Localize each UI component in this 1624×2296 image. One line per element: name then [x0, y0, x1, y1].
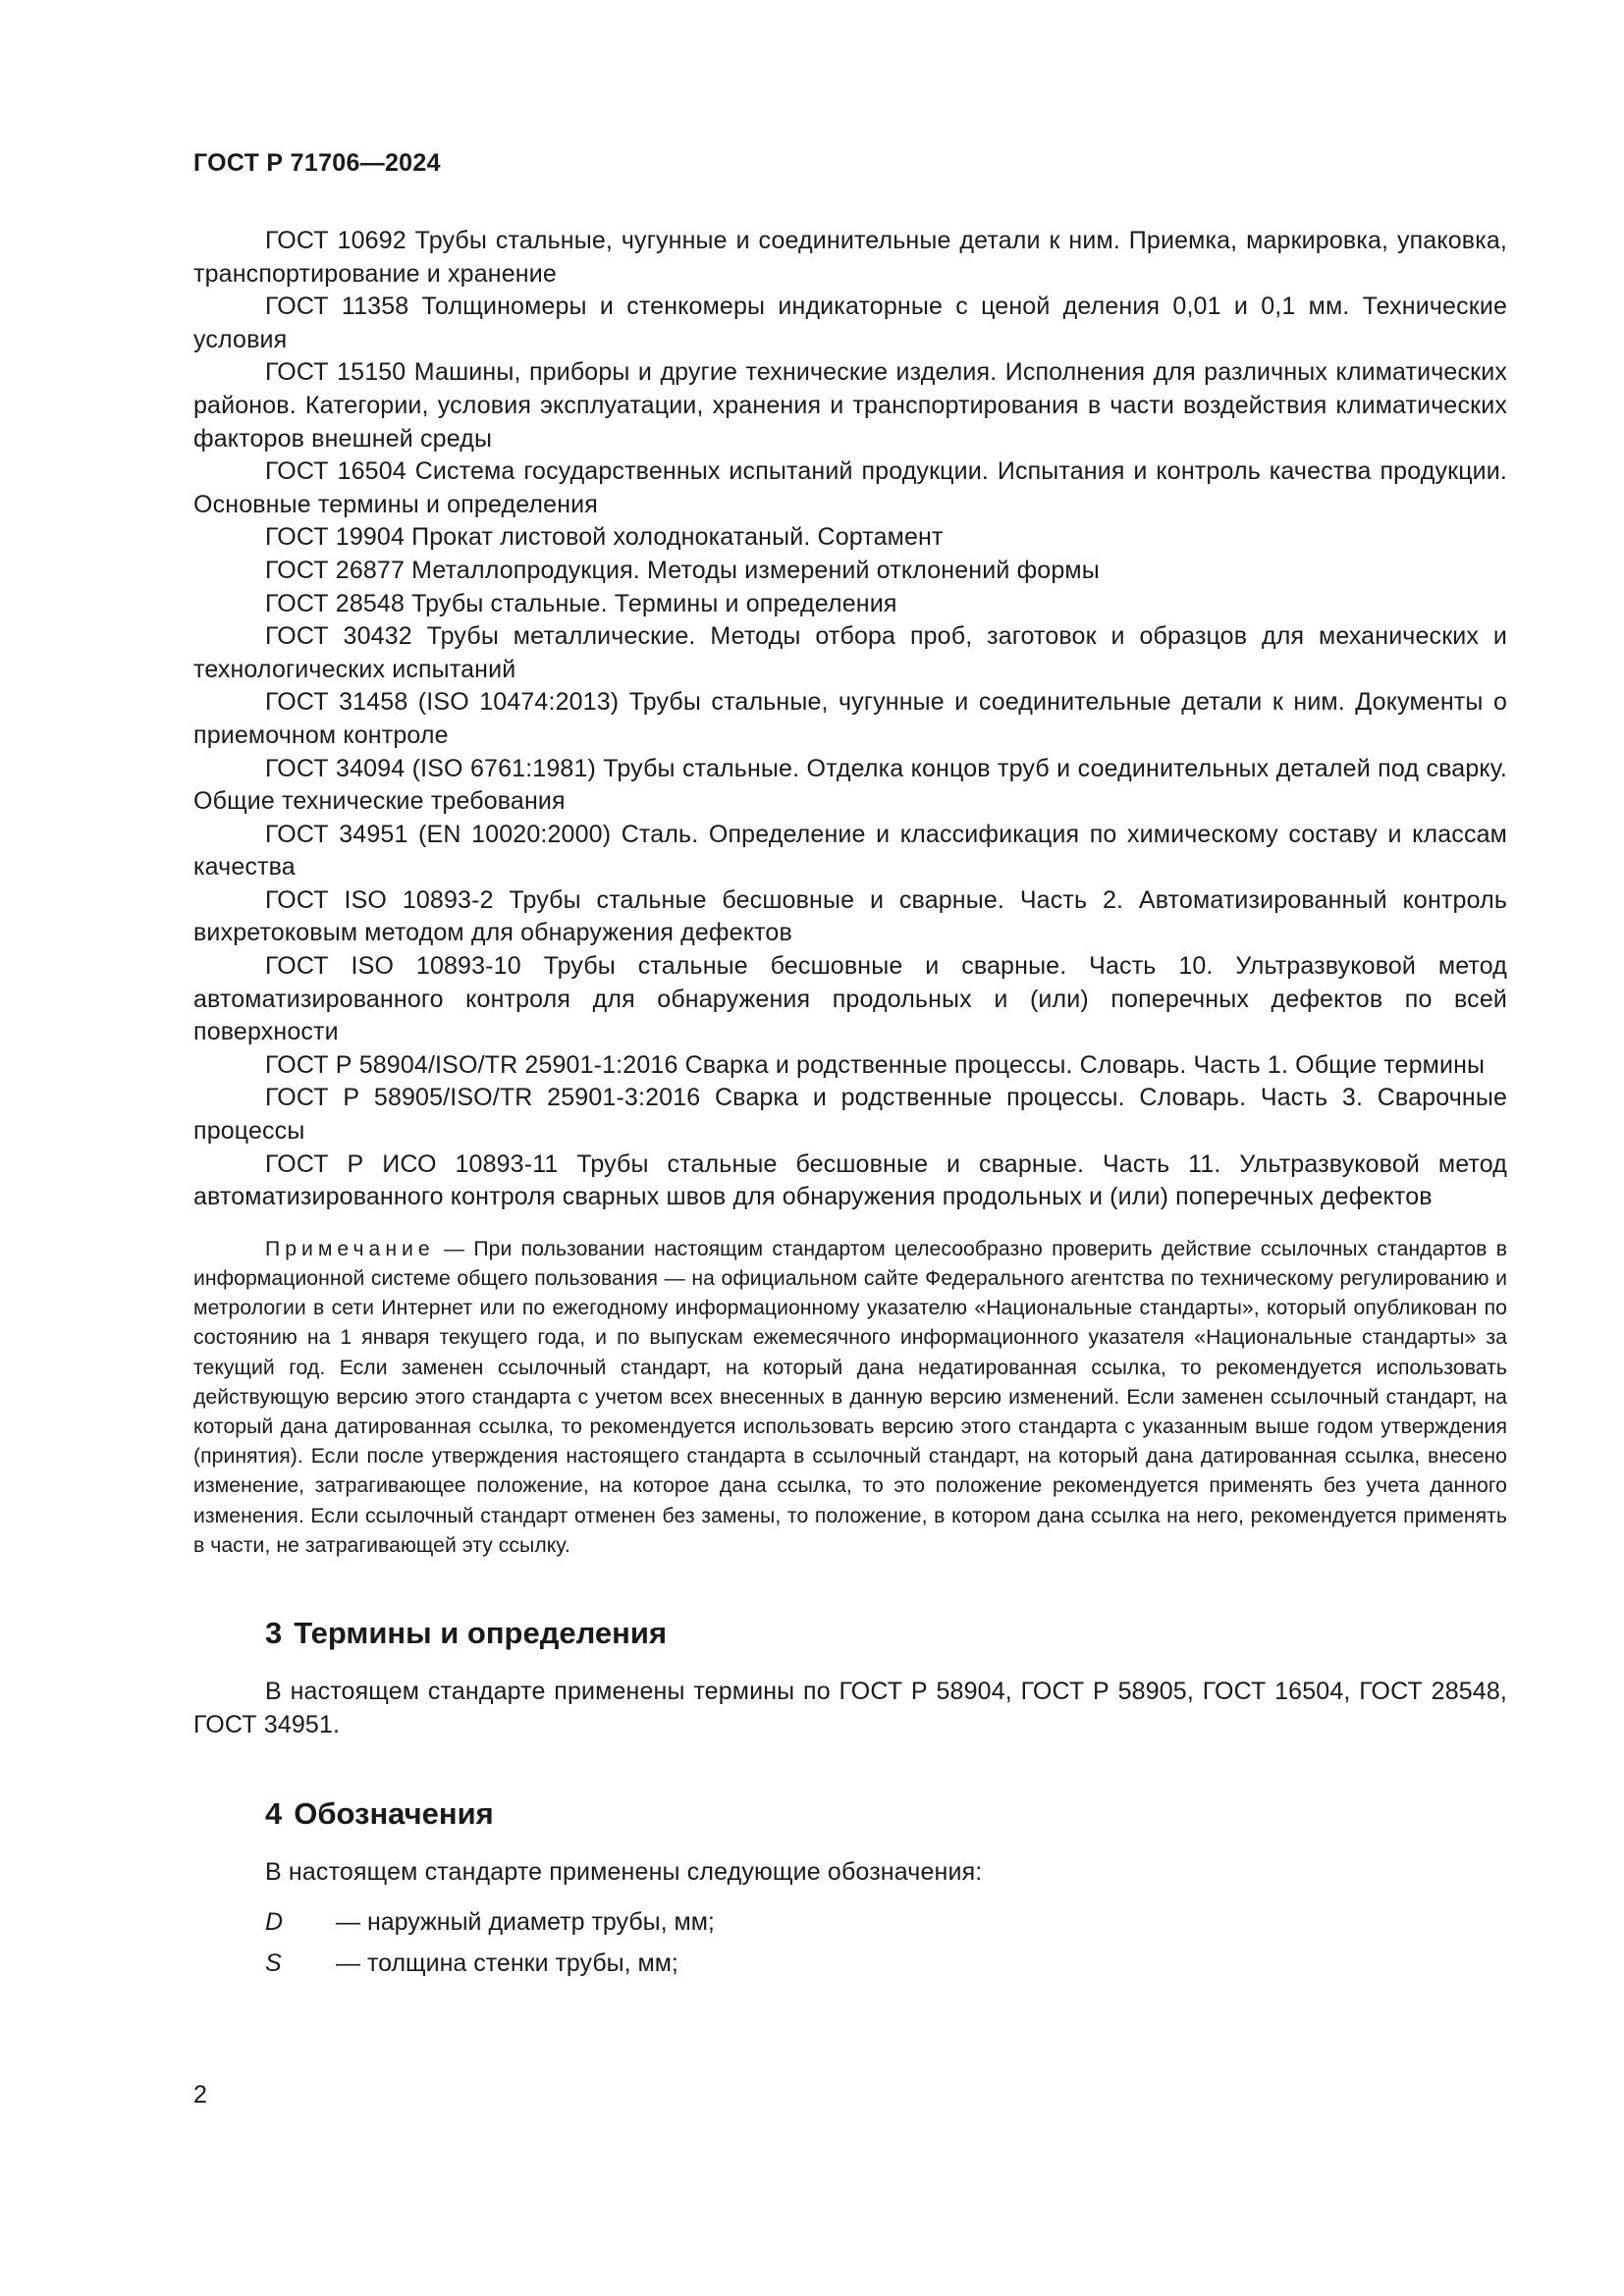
reference-item: ГОСТ Р ИСО 10893-11 Трубы стальные бесшо… — [193, 1148, 1507, 1214]
reference-item: ГОСТ ISO 10893-2 Трубы стальные бесшовны… — [193, 884, 1507, 950]
symbol: S — [265, 1943, 336, 1984]
symbol-item: S— толщина стенки трубы, мм; — [265, 1943, 1507, 1984]
reference-item: ГОСТ 28548 Трубы стальные. Термины и опр… — [193, 588, 1507, 621]
reference-item: ГОСТ 26877 Металлопродукция. Методы изме… — [193, 555, 1507, 588]
reference-item: ГОСТ 34951 (EN 10020:2000) Сталь. Опреде… — [193, 819, 1507, 884]
page-number: 2 — [193, 2081, 207, 2109]
reference-item: ГОСТ Р 58905/ISO/TR 25901-3:2016 Сварка … — [193, 1082, 1507, 1148]
symbols-intro: В настоящем стандарте применены следующи… — [193, 1856, 1507, 1890]
reference-item: ГОСТ 34094 (ISO 6761:1981) Трубы стальны… — [193, 753, 1507, 819]
reference-item: ГОСТ Р 58904/ISO/TR 25901-1:2016 Сварка … — [193, 1049, 1507, 1083]
symbol-item: D— наружный диаметр трубы, мм; — [265, 1901, 1507, 1943]
symbols-list: D— наружный диаметр трубы, мм; S— толщин… — [265, 1901, 1507, 1984]
reference-item: ГОСТ 19904 Прокат листовой холоднокатаны… — [193, 521, 1507, 555]
section-heading-symbols: 4Обозначения — [265, 1794, 1507, 1834]
section-number: 3 — [265, 1616, 282, 1650]
note-text: — При пользовании настоящим стандартом ц… — [193, 1238, 1507, 1557]
note-paragraph: Примечание — При пользовании настоящим с… — [193, 1235, 1507, 1561]
reference-item: ГОСТ 31458 (ISO 10474:2013) Трубы стальн… — [193, 686, 1507, 752]
reference-item: ГОСТ 16504 Система государственных испыт… — [193, 455, 1507, 521]
note-label: Примечание — [265, 1238, 435, 1260]
document-code-header: ГОСТ Р 71706—2024 — [193, 149, 441, 178]
reference-item: ГОСТ ISO 10893-10 Трубы стальные бесшовн… — [193, 950, 1507, 1049]
section-title: Термины и определения — [294, 1616, 667, 1650]
terms-paragraph: В настоящем стандарте применены термины … — [193, 1676, 1507, 1741]
reference-item: ГОСТ 30432 Трубы металлические. Методы о… — [193, 620, 1507, 686]
symbol-definition: — толщина стенки трубы, мм; — [336, 1943, 678, 1984]
section-heading-terms: 3Термины и определения — [265, 1614, 1507, 1653]
reference-item: ГОСТ 10692 Трубы стальные, чугунные и со… — [193, 225, 1507, 291]
page-content: ГОСТ 10692 Трубы стальные, чугунные и со… — [193, 225, 1507, 1984]
symbol: D — [265, 1901, 336, 1943]
normative-references-list: ГОСТ 10692 Трубы стальные, чугунные и со… — [193, 225, 1507, 1214]
reference-item: ГОСТ 15150 Машины, приборы и другие техн… — [193, 356, 1507, 455]
reference-item: ГОСТ 11358 Толщиномеры и стенкомеры инди… — [193, 291, 1507, 356]
section-title: Обозначения — [294, 1796, 494, 1831]
section-number: 4 — [265, 1796, 282, 1831]
symbol-definition: — наружный диаметр трубы, мм; — [336, 1901, 715, 1943]
